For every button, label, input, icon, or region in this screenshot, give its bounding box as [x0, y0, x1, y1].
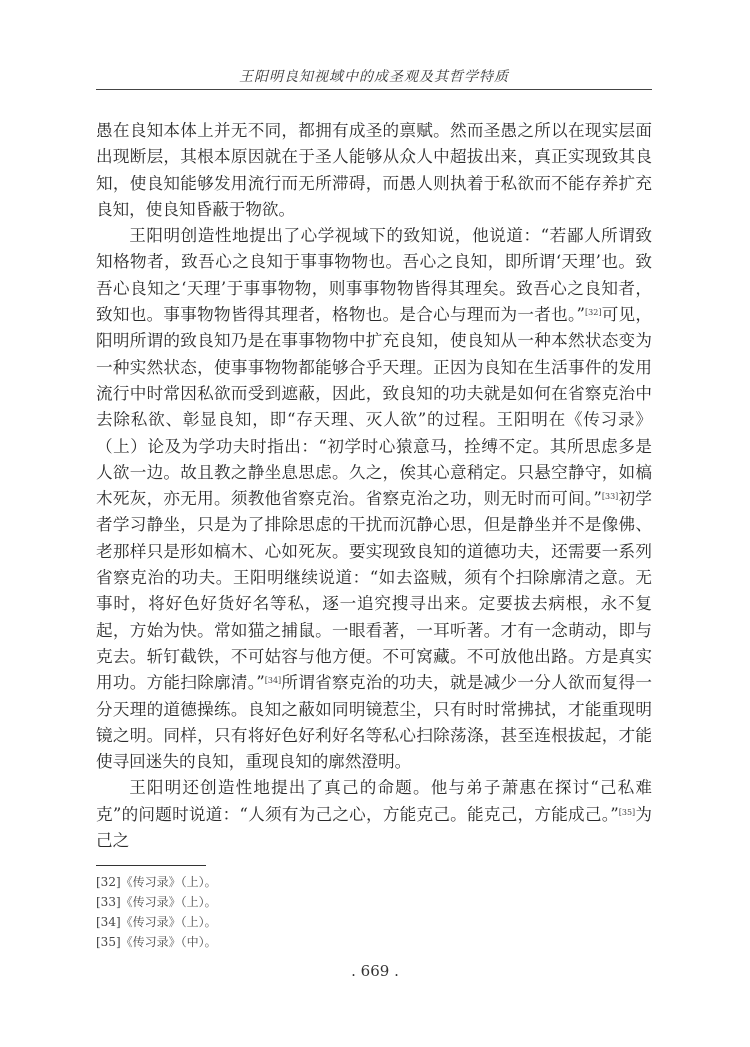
footnote-number: [32] [96, 875, 121, 889]
footnote-ref-32[interactable]: [32] [585, 308, 601, 317]
paragraph-1: 愚在良知本体上并无不同，都拥有成圣的禀赋。然而圣愚之所以在现实层面出现断层，其根… [96, 118, 652, 223]
footnote-ref-35[interactable]: [35] [619, 808, 635, 817]
text-segment: 王阳明还创造性地提出了真己的命题。他与弟子萧惠在探讨“己私难克”的问题时说道：“… [96, 778, 652, 823]
footnote-text: 《传习录》（上）。 [121, 875, 217, 889]
footnote-text: 《传习录》（上）。 [121, 895, 217, 909]
body-text: 愚在良知本体上并无不同，都拥有成圣的禀赋。然而圣愚之所以在现实层面出现断层，其根… [96, 118, 652, 854]
page-number: . 669 . [0, 962, 750, 980]
text-segment: 初学者学习静坐，只是为了排除思虑的干扰而沉静心思，但是静坐并不是像佛、老那样只是… [96, 489, 652, 692]
footnote-rule [96, 865, 206, 866]
text-segment: 可见，阳明所谓的致良知乃是在事事物物中扩充良知，使良知从一种本然状态变为一种实然… [96, 305, 652, 508]
footnote-number: [33] [96, 895, 121, 909]
footnotes: [32]《传习录》（上）。 [33]《传习录》（上）。 [34]《传习录》（上）… [96, 872, 496, 952]
footnote-34: [34]《传习录》（上）。 [96, 912, 496, 932]
header-rule [96, 89, 652, 90]
footnote-33: [33]《传习录》（上）。 [96, 892, 496, 912]
footnote-text: 《传习录》（中）。 [121, 935, 217, 949]
footnote-number: [35] [96, 935, 121, 949]
footnote-ref-33[interactable]: [33] [602, 492, 618, 501]
footnote-ref-34[interactable]: [34] [265, 676, 281, 685]
paragraph-2: 王阳明创造性地提出了心学视域下的致知说，他说道：“若鄙人所谓致知格物者，致吾心之… [96, 223, 652, 775]
footnote-32: [32]《传习录》（上）。 [96, 872, 496, 892]
footnote-35: [35]《传习录》（中）。 [96, 932, 496, 952]
footnote-text: 《传习录》（上）。 [121, 915, 217, 929]
text-segment: 愚在良知本体上并无不同，都拥有成圣的禀赋。然而圣愚之所以在现实层面出现断层，其根… [96, 121, 652, 219]
text-segment: 王阳明创造性地提出了心学视域下的致知说，他说道：“若鄙人所谓致知格物者，致吾心之… [96, 226, 652, 324]
running-head: 王阳明良知视域中的成圣观及其哲学特质 [96, 66, 652, 86]
footnote-number: [34] [96, 915, 121, 929]
paragraph-3: 王阳明还创造性地提出了真己的命题。他与弟子萧惠在探讨“己私难克”的问题时说道：“… [96, 775, 652, 854]
